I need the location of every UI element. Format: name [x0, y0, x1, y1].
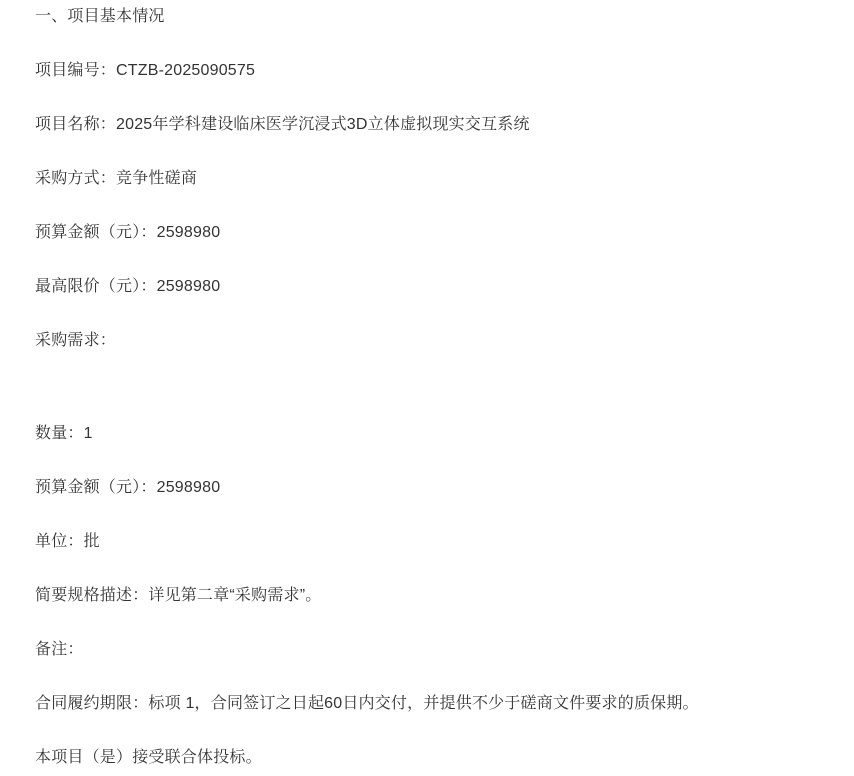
max-price-limit-label: 最高限价（元）： [35, 278, 157, 295]
field-contract-period: 合同履约期限：标项 1，合同签订之日起60日内交付，并提供不少于磋商文件要求的质… [35, 693, 834, 714]
field-spec-description: 简要规格描述：详见第二章“采购需求”。 [35, 585, 834, 606]
item-budget-amount-value: 2598980 [157, 479, 221, 496]
procurement-notice-document: 一、项目基本情况 项目编号：CTZB-2025090575 项目名称：2025年… [0, 0, 854, 768]
field-quantity: 数量：1 [35, 423, 834, 444]
project-name-value: 2025年学科建设临床医学沉浸式3D立体虚拟现实交互系统 [116, 116, 530, 133]
item-budget-amount-label: 预算金额（元）： [35, 479, 157, 496]
contract-period-label: 合同履约期限： [35, 695, 148, 712]
contract-period-value: 标项 1，合同签订之日起60日内交付，并提供不少于磋商文件要求的质保期。 [148, 695, 698, 712]
spec-description-label: 简要规格描述： [35, 587, 148, 604]
project-number-value: CTZB-2025090575 [116, 62, 255, 79]
field-max-price-limit: 最高限价（元）：2598980 [35, 276, 834, 297]
empty-line-spacer [35, 384, 834, 423]
field-budget-amount: 预算金额（元）：2598980 [35, 222, 834, 243]
unit-value: 批 [84, 533, 100, 550]
field-project-number: 项目编号：CTZB-2025090575 [35, 60, 834, 81]
budget-amount-value: 2598980 [157, 224, 221, 241]
max-price-limit-value: 2598980 [157, 278, 221, 295]
field-consortium-bid: 本项目（是）接受联合体投标。 [35, 747, 834, 768]
project-name-label: 项目名称： [35, 116, 116, 133]
field-remarks: 备注： [35, 639, 834, 660]
section-title-text: 一、项目基本情况 [35, 8, 165, 25]
budget-amount-label: 预算金额（元）： [35, 224, 157, 241]
field-unit: 单位：批 [35, 531, 834, 552]
spec-description-value: 详见第二章“采购需求”。 [148, 587, 321, 604]
consortium-bid-value: 本项目（是）接受联合体投标。 [35, 749, 262, 766]
project-number-label: 项目编号： [35, 62, 116, 79]
field-procurement-demand: 采购需求： [35, 330, 834, 351]
remarks-label: 备注： [35, 641, 84, 658]
section-title: 一、项目基本情况 [35, 6, 834, 27]
procurement-demand-label: 采购需求： [35, 332, 116, 349]
unit-label: 单位： [35, 533, 84, 550]
field-project-name: 项目名称：2025年学科建设临床医学沉浸式3D立体虚拟现实交互系统 [35, 114, 834, 135]
quantity-value: 1 [84, 425, 93, 442]
field-procurement-method: 采购方式：竞争性磋商 [35, 168, 834, 189]
field-item-budget-amount: 预算金额（元）：2598980 [35, 477, 834, 498]
procurement-method-label: 采购方式： [35, 170, 116, 187]
procurement-method-value: 竞争性磋商 [116, 170, 197, 187]
quantity-label: 数量： [35, 425, 84, 442]
